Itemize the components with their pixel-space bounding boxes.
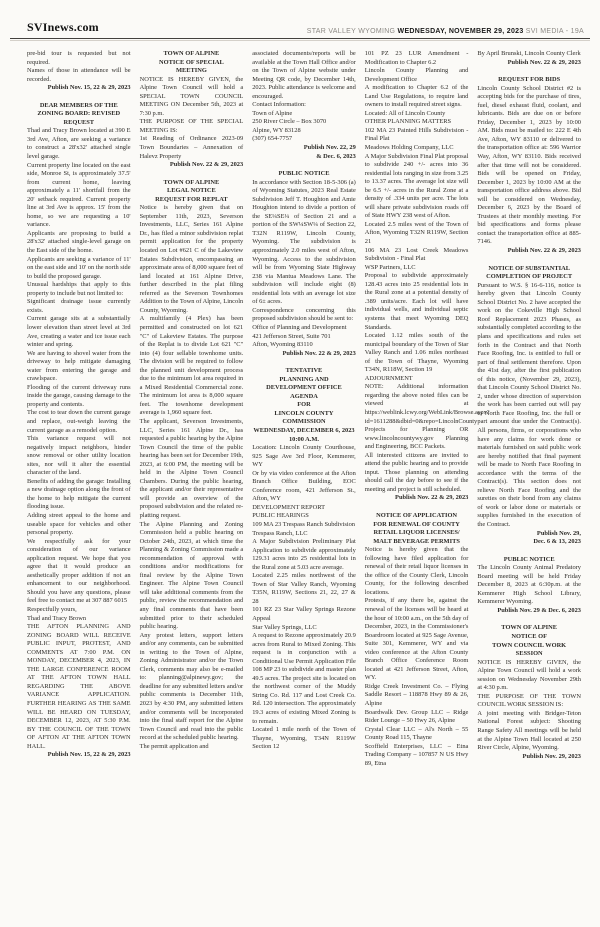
notice-paragraph: Contact Information: [252, 101, 356, 110]
notice-paragraph: 1st Reading of Ordinance 2023-09 Town Bo… [140, 135, 244, 161]
notice-paragraph: Office of Planning and Development [252, 324, 356, 333]
masthead-date: WEDNESDAY, NOVEMBER 29, 2023 [398, 28, 524, 35]
notice-paragraph: Trespass Ranch, LLC [252, 530, 356, 539]
publish-line: Publish Nov. 22 & 29, 2023 [477, 59, 581, 68]
notice-paragraph: Projects for Planning OR www.lincolncoun… [365, 426, 469, 452]
notice-paragraph: Located: All of Lincoln County [365, 110, 469, 119]
notice-paragraph: pre-bid tour is requested but not requir… [27, 50, 131, 67]
notice-heading: TOWN OF ALPINE LEGAL NOTICE REQUEST FOR … [140, 179, 244, 205]
publish-line: Publish Nov. 15, 22 & 29, 2023 [27, 84, 131, 93]
notice-paragraph: A modification to Chapter 6.2 of the Lan… [365, 84, 469, 110]
notice-paragraph: NOTICE IS HEREBY GIVEN, the Alpine Town … [477, 659, 581, 693]
publish-line: Publish Nov. 22 & 29, 2023 [140, 161, 244, 170]
notice-paragraph: 109 MA 23 Trespass Ranch Subdivision [252, 521, 356, 530]
notice-paragraph: We respectfully ask for your considerati… [27, 538, 131, 606]
notice-paragraph: All interested citizens are invited to a… [365, 452, 469, 495]
notice-paragraph: Unusual hardships that apply to this pro… [27, 281, 131, 298]
column-2: TOWN OF ALPINE NOTICE OF SPECIAL MEETING… [140, 50, 244, 770]
notice-paragraph: A request to Rezone approximately 20.9 a… [252, 632, 356, 726]
notice-paragraph: Significant drainage issue currently exi… [27, 298, 131, 315]
notice-paragraph: Proposal to subdivide approximately 128.… [365, 272, 469, 332]
notice-paragraph: The applicant, Severson Investments, LLC… [140, 418, 244, 521]
column-1: pre-bid tour is requested but not requir… [27, 50, 131, 770]
notice-paragraph: The Alpine Planning and Zoning Commissio… [140, 521, 244, 632]
notice-paragraph: DEVELOPMENT REPORT [252, 504, 356, 513]
notice-paragraph: Current property line located on the eas… [27, 162, 131, 230]
notice-paragraph: Respectfully yours, [27, 606, 131, 615]
masthead-region: STAR VALLEY WYOMING [307, 28, 398, 35]
notice-paragraph: ADJOURNMENT [365, 375, 469, 384]
notice-paragraph: Applicants are seeking a variance of 11'… [27, 256, 131, 282]
notice-paragraph: Lincoln County School District #2 is acc… [477, 85, 581, 247]
notice-paragraph: Crystal Clear LLC – Al's North – 55 Coun… [365, 726, 469, 743]
notice-paragraph: This variance request will not negativel… [27, 435, 131, 478]
masthead: SVInews.com STAR VALLEY WYOMING WEDNESDA… [0, 0, 600, 38]
notice-paragraph: 101 RZ 23 Star Valley Springs Rezone App… [252, 606, 356, 623]
legal-notices-page: pre-bid tour is requested but not requir… [0, 41, 600, 770]
notice-paragraph: The Lincoln County Animal Predatory Boar… [477, 564, 581, 607]
notice-heading: NOTICE OF SUBSTANTIAL COMPLETION OF PROJ… [477, 265, 581, 282]
publish-line: Publish Nov. 15, 22 & 29, 2023 [27, 751, 131, 760]
publish-line: Publish Nov. 29 & Dec. 6, 2023 [477, 607, 581, 616]
notice-paragraph: Boardwalk Dev. Group LLC – Ridge Rider L… [365, 709, 469, 726]
notice-paragraph: Any protest letters, support letters and… [140, 632, 244, 743]
notice-paragraph: Located 2.5 miles west of the Town of Af… [365, 221, 469, 247]
notice-paragraph: Thad and Tracy Brown [27, 615, 131, 624]
notice-paragraph: Afton, Wyoming 83110 [252, 341, 356, 350]
notice-heading: REQUEST FOR BIDS [477, 76, 581, 85]
column-3: associated documents/reports will be ava… [252, 50, 356, 770]
notice-paragraph: In accordance with Section 18-5-306 (a) … [252, 179, 356, 307]
masthead-right: STAR VALLEY WYOMING WEDNESDAY, NOVEMBER … [307, 28, 584, 35]
notice-paragraph: A multifamily (4 Plex) has been permitte… [140, 315, 244, 418]
notice-paragraph: Adding street appeal to the home and use… [27, 512, 131, 538]
notice-paragraph: Or by via video conference at the Afton … [252, 470, 356, 504]
notice-paragraph: THE AFTON PLANNING AND ZONING BOARD WILL… [27, 623, 131, 751]
publish-line: Publish Nov. 29, 2023 [477, 753, 581, 762]
column-5: By April Brunski, Lincoln County ClerkPu… [477, 50, 581, 770]
notice-paragraph: Ridge Creek Investment Co. – Flying Sadd… [365, 683, 469, 709]
notice-paragraph: Scoffield Enterprises, LLC – Etna Tradin… [365, 743, 469, 769]
notice-paragraph: Lincoln County Planning and Development … [365, 67, 469, 84]
notice-paragraph: Located 1.12 miles south of the municipa… [365, 332, 469, 375]
publish-line: Publish Nov. 29, Dec. 6 & 13, 2023 [477, 530, 581, 547]
notice-paragraph: 102 MA 23 Painted Hills Subdivision - Fi… [365, 127, 469, 144]
notice-heading: TENTATIVE PLANNING AND DEVELOPMENT OFFIC… [252, 367, 356, 444]
notice-paragraph: Notice is hereby given that on September… [140, 204, 244, 315]
notice-heading: DEAR MEMBERS OF THE ZONING BOARD: REVISE… [27, 102, 131, 128]
masthead-rule [10, 38, 590, 39]
notice-paragraph: Notice is hereby given that the followin… [365, 546, 469, 597]
notice-paragraph: Flooding of the current driveway runs in… [27, 384, 131, 410]
notice-heading: TOWN OF ALPINE NOTICE OF TOWN COUNCIL WO… [477, 624, 581, 658]
notice-paragraph: The cost to tear down the current garage… [27, 409, 131, 435]
notice-paragraph: 421 Jefferson Street, Suite 701 [252, 333, 356, 342]
masthead-edition: SVI MEDIA - 19A [524, 28, 584, 35]
notice-paragraph: WSP Partners, LLC [365, 264, 469, 273]
notice-paragraph: Names of those in attendance will be rec… [27, 67, 131, 84]
notice-paragraph: A joint meeting with Bridger-Teton Natio… [477, 710, 581, 753]
notice-paragraph: Located 2.25 miles northwest of the Town… [252, 572, 356, 606]
notice-paragraph: By April Brunski, Lincoln County Clerk [477, 50, 581, 59]
column-4: 101 PZ 23 LUR Amendment - Modification t… [365, 50, 469, 770]
publish-line: Publish Nov. 22 & 29, 2023 [477, 247, 581, 256]
notice-paragraph: Thad and Tracy Brown located at 390 E 3r… [27, 127, 131, 161]
notice-paragraph: NOTE: Additional information regarding t… [365, 383, 469, 426]
notice-paragraph: PUBLIC HEARINGS [252, 512, 356, 521]
notice-paragraph: Located 1 mile north of the Town of Thay… [252, 726, 356, 752]
notice-paragraph: A Major Subdivision Preliminary Plat App… [252, 538, 356, 572]
notice-paragraph: Alpine, WY 83128 [252, 127, 356, 136]
notice-paragraph: We are having to shovel water from the d… [27, 350, 131, 384]
notice-heading: PUBLIC NOTICE [477, 556, 581, 565]
publish-line: Publish Nov. 22 & 29, 2023 [365, 494, 469, 503]
publish-line: Publish Nov. 22 & 29, 2023 [252, 350, 356, 359]
notice-paragraph: Protests, if any there be, against the r… [365, 597, 469, 682]
notice-paragraph: THE PURPOSE OF THE SPECIAL MEETING IS: [140, 118, 244, 135]
notice-paragraph: Town of Alpine [252, 110, 356, 119]
notice-paragraph: OTHER PLANNING MATTERS [365, 118, 469, 127]
notice-paragraph: NOTICE IS HEREBY GIVEN, the Alpine Town … [140, 76, 244, 119]
notice-paragraph: Star Valley Springs, LLC [252, 624, 356, 633]
publish-line: Publish Nov. 22, 29 & Dec. 6, 2023 [252, 144, 356, 161]
notice-paragraph: Benefits of adding the garage: Installin… [27, 478, 131, 512]
notice-paragraph: (307) 654-7757 [252, 135, 356, 144]
notice-paragraph: 101 PZ 23 LUR Amendment - Modification t… [365, 50, 469, 67]
notice-heading: PUBLIC NOTICE [252, 170, 356, 179]
notice-paragraph: 106 MA 23 Lost Creek Meadows Subdivision… [365, 247, 469, 264]
notice-paragraph: Meadows Holding Company, LLC [365, 144, 469, 153]
notice-paragraph: Current garage sits at a substantially l… [27, 315, 131, 349]
notice-paragraph: Correspondence concerning this proposed … [252, 307, 356, 324]
notice-paragraph: THE PURPOSE OF THE TOWN COUNCIL WORK SES… [477, 693, 581, 710]
notice-paragraph: 250 River Circle – Box 3070 [252, 118, 356, 127]
notice-heading: NOTICE OF APPLICATION FOR RENEWAL OF COU… [365, 512, 469, 546]
notice-paragraph: Location: Lincoln County Courthouse, 925… [252, 444, 356, 470]
notice-paragraph: The permit application and [140, 743, 244, 752]
notice-heading: TOWN OF ALPINE NOTICE OF SPECIAL MEETING [140, 50, 244, 76]
notice-paragraph: associated documents/reports will be ava… [252, 50, 356, 101]
notice-paragraph: A Major Subdivision Final Plat proposal … [365, 153, 469, 221]
notice-paragraph: Pursuant to W.S. § 16-6-116, notice is h… [477, 282, 581, 530]
site-name: SVInews.com [27, 20, 99, 35]
notice-paragraph: Applicants are proposing to build a 28'x… [27, 230, 131, 256]
